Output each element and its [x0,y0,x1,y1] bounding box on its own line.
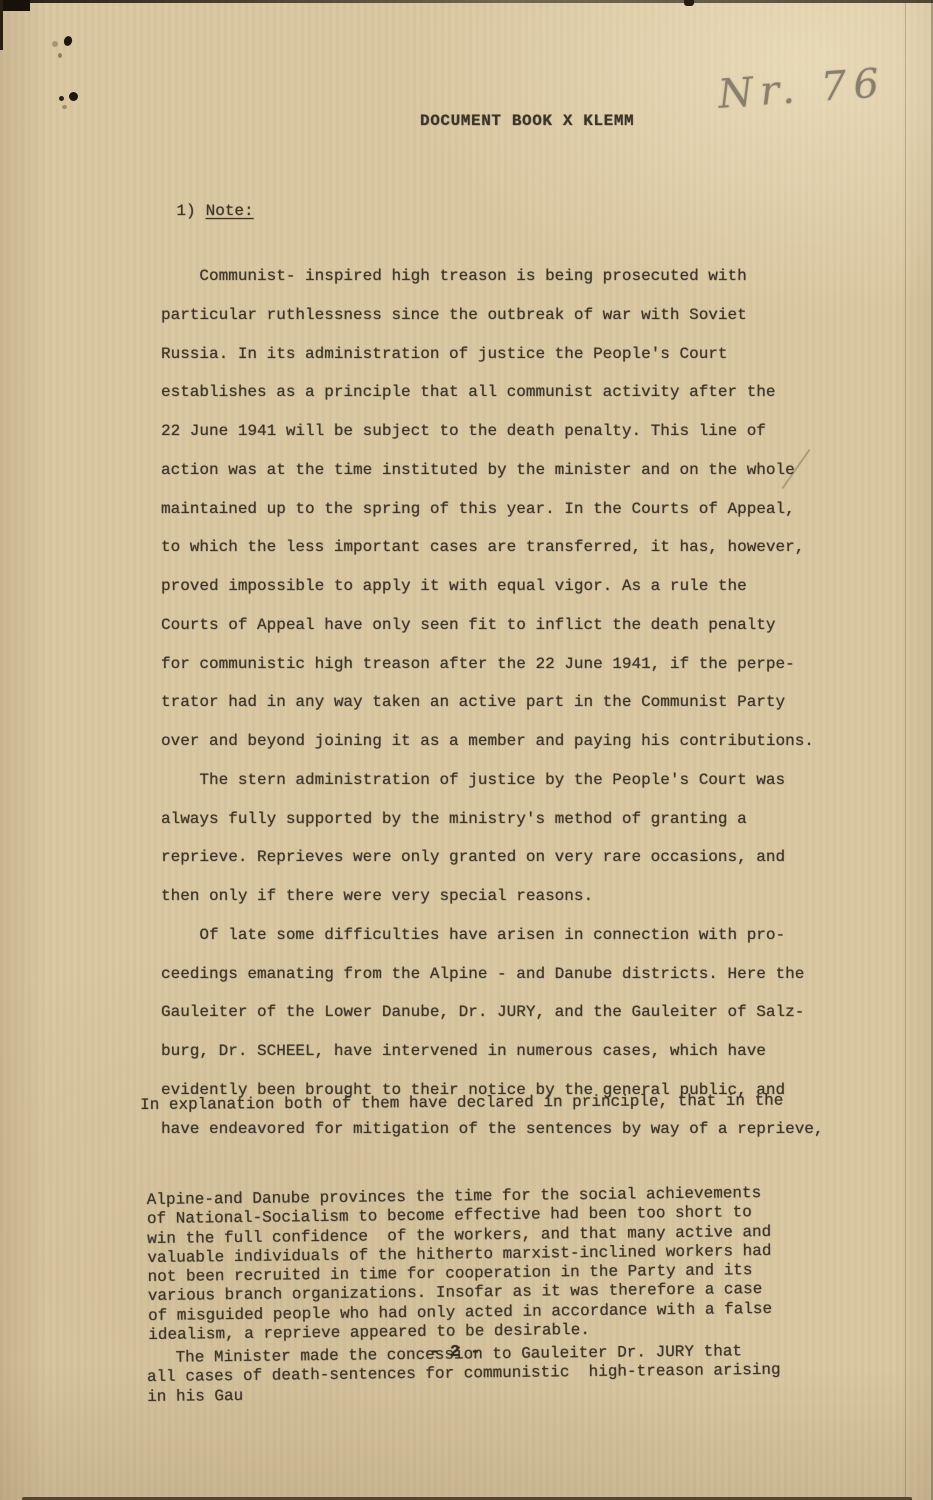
ink-speck [63,35,74,47]
typed-line: 22 June 1941 will be subject to the deat… [161,412,824,451]
scan-edge-top [0,0,933,3]
ink-speck [59,96,64,101]
typed-line: for communistic high treason after the 2… [161,645,824,684]
typed-line: reprieve. Reprieves were only granted on… [161,838,824,877]
ink-speck [69,92,78,101]
ink-speck [62,105,67,109]
scan-edge-left [0,0,3,50]
typed-line: Russia. In its administration of justice… [161,335,824,374]
typed-line: establishes as a principle that all comm… [161,373,824,412]
scanned-document-page: Nr. 76 DOCUMENT BOOK X KLEMM 1)Note: Com… [0,0,933,1500]
typed-body-block: Communist- inspired high treason is bein… [161,203,824,1148]
typed-line: Of late some difficulties have arisen in… [161,916,824,955]
pencil-number-annotation: Nr. 76 [717,60,888,118]
typed-line: particular ruthlessness since the outbre… [161,296,824,335]
typed-line: Courts of Appeal have only seen fit to i… [161,606,824,645]
ink-speck [52,41,58,47]
typed-line: burg, Dr. SCHEEL, have intervened in num… [161,1032,824,1071]
ink-speck [58,53,62,58]
typed-line: always fully supported by the ministry's… [161,800,824,839]
scan-corner-top-left [0,0,30,11]
typed-line: maintained up to the spring of this year… [161,490,824,529]
typed-line: The stern administration of justice by t… [161,761,824,800]
scan-edge-tick [684,0,694,6]
typed-line: action was at the time instituted by the… [161,451,824,490]
typed-line: proved impossible to apply it with equal… [161,567,824,606]
typed-line: to which the less important cases are tr… [161,528,824,567]
page-number: - 2 - [375,1343,535,1362]
typed-line: over and beyond joining it as a member a… [161,722,824,761]
document-title: DOCUMENT BOOK X KLEMM [420,112,634,130]
scan-seam-right [905,0,906,1500]
typed-line: Communist- inspired high treason is bein… [161,257,824,296]
typed-line: trator had in any way taken an active pa… [161,683,824,722]
typed-line: then only if there were very special rea… [161,877,824,916]
typed-line: Gauleiter of the Lower Danube, Dr. JURY,… [161,993,824,1032]
typed-line: ceedings emanating from the Alpine - and… [161,955,824,994]
